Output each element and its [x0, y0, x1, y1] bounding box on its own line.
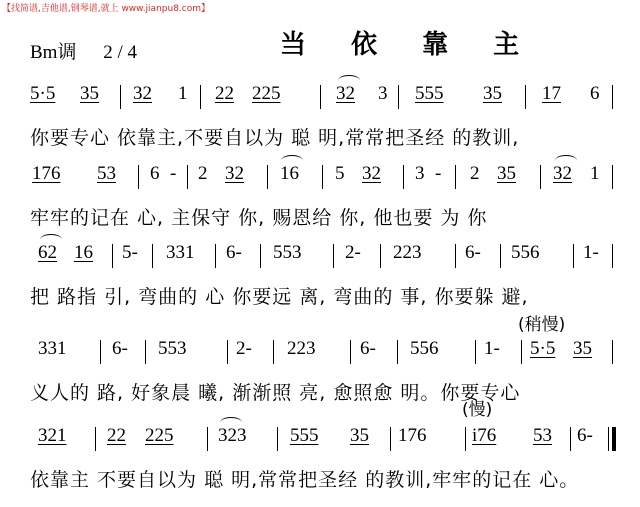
- bar-line: [350, 340, 351, 364]
- time-signature: 2 / 4: [103, 42, 137, 63]
- bar-line: [455, 244, 456, 268]
- bar-line: [207, 427, 208, 451]
- lyrics-line: 义人的 路, 好象晨 曦, 渐渐照 亮, 愈照愈 明。你要专心: [30, 378, 520, 405]
- bar-line: [227, 340, 228, 364]
- note-group: 5·5: [530, 338, 555, 360]
- notation-line: 321 22 225 323 555 35 176 i76 53 6-: [0, 425, 640, 455]
- note-group: 1: [590, 163, 600, 185]
- bar-line: [525, 85, 526, 109]
- bar-line: [570, 427, 571, 451]
- key-signature: Bm调 2 / 4: [30, 37, 159, 64]
- bar-line: [273, 340, 274, 364]
- note-group: 2-: [345, 242, 361, 264]
- note-group: 6: [150, 163, 160, 185]
- note-group: 2: [198, 163, 208, 185]
- song-title: 当 依 靠 主: [280, 24, 537, 61]
- bar-line: [500, 244, 501, 268]
- bar-line: [612, 85, 613, 109]
- lyrics-line: 把 路指 引, 弯曲的 心 你要远 离, 弯曲的 事, 你要躲 避,: [30, 282, 529, 309]
- note-group: 53: [97, 163, 116, 185]
- note-group: 225: [252, 83, 281, 105]
- note-group: 35: [80, 83, 99, 105]
- bar-line: [475, 340, 476, 364]
- dash: -: [435, 163, 441, 185]
- note-group: 176: [32, 163, 61, 185]
- note-group: 6-: [577, 425, 593, 447]
- note-group: 16: [280, 163, 299, 185]
- notation-line: 5·5 35 32 1 22 225 32 3 555 35 17 6: [0, 83, 640, 113]
- note-group: 553: [273, 242, 302, 264]
- note-group: 5: [335, 163, 345, 185]
- bar-line: [397, 340, 398, 364]
- note-group: 6-: [465, 242, 481, 264]
- bar-line: [333, 244, 334, 268]
- note-group: 176: [398, 425, 427, 447]
- note-group: 5-: [122, 242, 138, 264]
- bar-line: [120, 85, 121, 109]
- note-group: 35: [573, 338, 592, 360]
- note-group: 53: [533, 425, 552, 447]
- note-group: 22: [215, 83, 234, 105]
- note-group: 17: [542, 83, 561, 105]
- bar-line: [112, 244, 113, 268]
- note-group: 331: [38, 338, 67, 360]
- bar-line: [200, 85, 201, 109]
- note-group: 62: [38, 242, 57, 264]
- note-group: 1-: [583, 242, 599, 264]
- note-group: 225: [145, 425, 174, 447]
- note-group: 2: [470, 163, 480, 185]
- note-group: 1-: [484, 338, 500, 360]
- note-group: 223: [393, 242, 422, 264]
- bar-line: [455, 165, 456, 189]
- note-group: 553: [158, 338, 187, 360]
- note-group: 331: [166, 242, 195, 264]
- note-group: 32: [553, 163, 572, 185]
- bar-line: [465, 427, 466, 451]
- note-group: 1: [178, 83, 188, 105]
- notation-line: 331 6- 553 2- 223 6- 556 1- 5·5 35: [0, 338, 640, 368]
- note-group: 555: [290, 425, 319, 447]
- note-group: 3: [378, 83, 388, 105]
- bar-line: [322, 165, 323, 189]
- note-group: 35: [497, 163, 516, 185]
- notation-line: 176 53 6 - 2 32 16 5 32 3 - 2 35 32 1: [0, 163, 640, 193]
- note-group: 321: [38, 425, 67, 447]
- bar-line: [145, 340, 146, 364]
- bar-line: [573, 244, 574, 268]
- bar-line: [521, 340, 522, 364]
- bar-line: [612, 165, 613, 189]
- note-group: 16: [74, 242, 93, 264]
- bar-line: [100, 340, 101, 364]
- bar-line: [540, 165, 541, 189]
- bar-line: [320, 85, 321, 109]
- note-group: 5·5: [30, 83, 55, 105]
- bar-line: [260, 244, 261, 268]
- note-group: 6-: [112, 338, 128, 360]
- note-group: 32: [336, 83, 355, 105]
- note-group: 32: [362, 163, 381, 185]
- note-group: 35: [350, 425, 369, 447]
- lyrics-line: 你要专心 依靠主,不要自以为 聪 明,常常把圣经 的教训,: [30, 123, 519, 150]
- bar-line: [390, 427, 391, 451]
- note-group: 6-: [360, 338, 376, 360]
- note-group: 32: [225, 163, 244, 185]
- website-banner: 【找简谱,吉他谱,钢琴谱,就上 www.jianpu8.com】: [2, 1, 210, 14]
- dash: -: [170, 163, 176, 185]
- note-group: 6: [590, 83, 600, 105]
- final-bar-line: [612, 427, 616, 451]
- bar-line: [403, 165, 404, 189]
- note-group: 556: [511, 242, 540, 264]
- key-label: Bm调: [30, 42, 76, 63]
- notation-line: 62 16 5- 331 6- 553 2- 223 6- 556 1-: [0, 242, 640, 272]
- note-group: 35: [483, 83, 502, 105]
- note-group: 22: [107, 425, 126, 447]
- bar-line: [612, 244, 613, 268]
- note-group: 3: [415, 163, 425, 185]
- note-group: 556: [410, 338, 439, 360]
- note-group: 555: [415, 83, 444, 105]
- bar-line: [608, 427, 609, 451]
- note-group: i76: [472, 425, 496, 447]
- bar-line: [612, 340, 613, 364]
- bar-line: [95, 427, 96, 451]
- bar-line: [398, 85, 399, 109]
- lyrics-line: 牢牢的记在 心, 主保守 你, 赐恩给 你, 他也要 为 你: [30, 203, 487, 230]
- lyrics-line: 依靠主 不要自以为 聪 明,常常把圣经 的教训,牢牢的记在 心。: [30, 465, 579, 492]
- bar-line: [380, 244, 381, 268]
- note-group: 32: [133, 83, 152, 105]
- note-group: 6-: [226, 242, 242, 264]
- bar-line: [215, 244, 216, 268]
- note-group: 2-: [236, 338, 252, 360]
- tempo-mark: (稍慢): [518, 310, 565, 335]
- bar-line: [152, 244, 153, 268]
- note-group: 223: [287, 338, 316, 360]
- bar-line: [277, 427, 278, 451]
- tempo-mark: (慢): [462, 395, 492, 420]
- note-group: 323: [218, 425, 247, 447]
- bar-line: [187, 165, 188, 189]
- bar-line: [267, 165, 268, 189]
- bar-line: [138, 165, 139, 189]
